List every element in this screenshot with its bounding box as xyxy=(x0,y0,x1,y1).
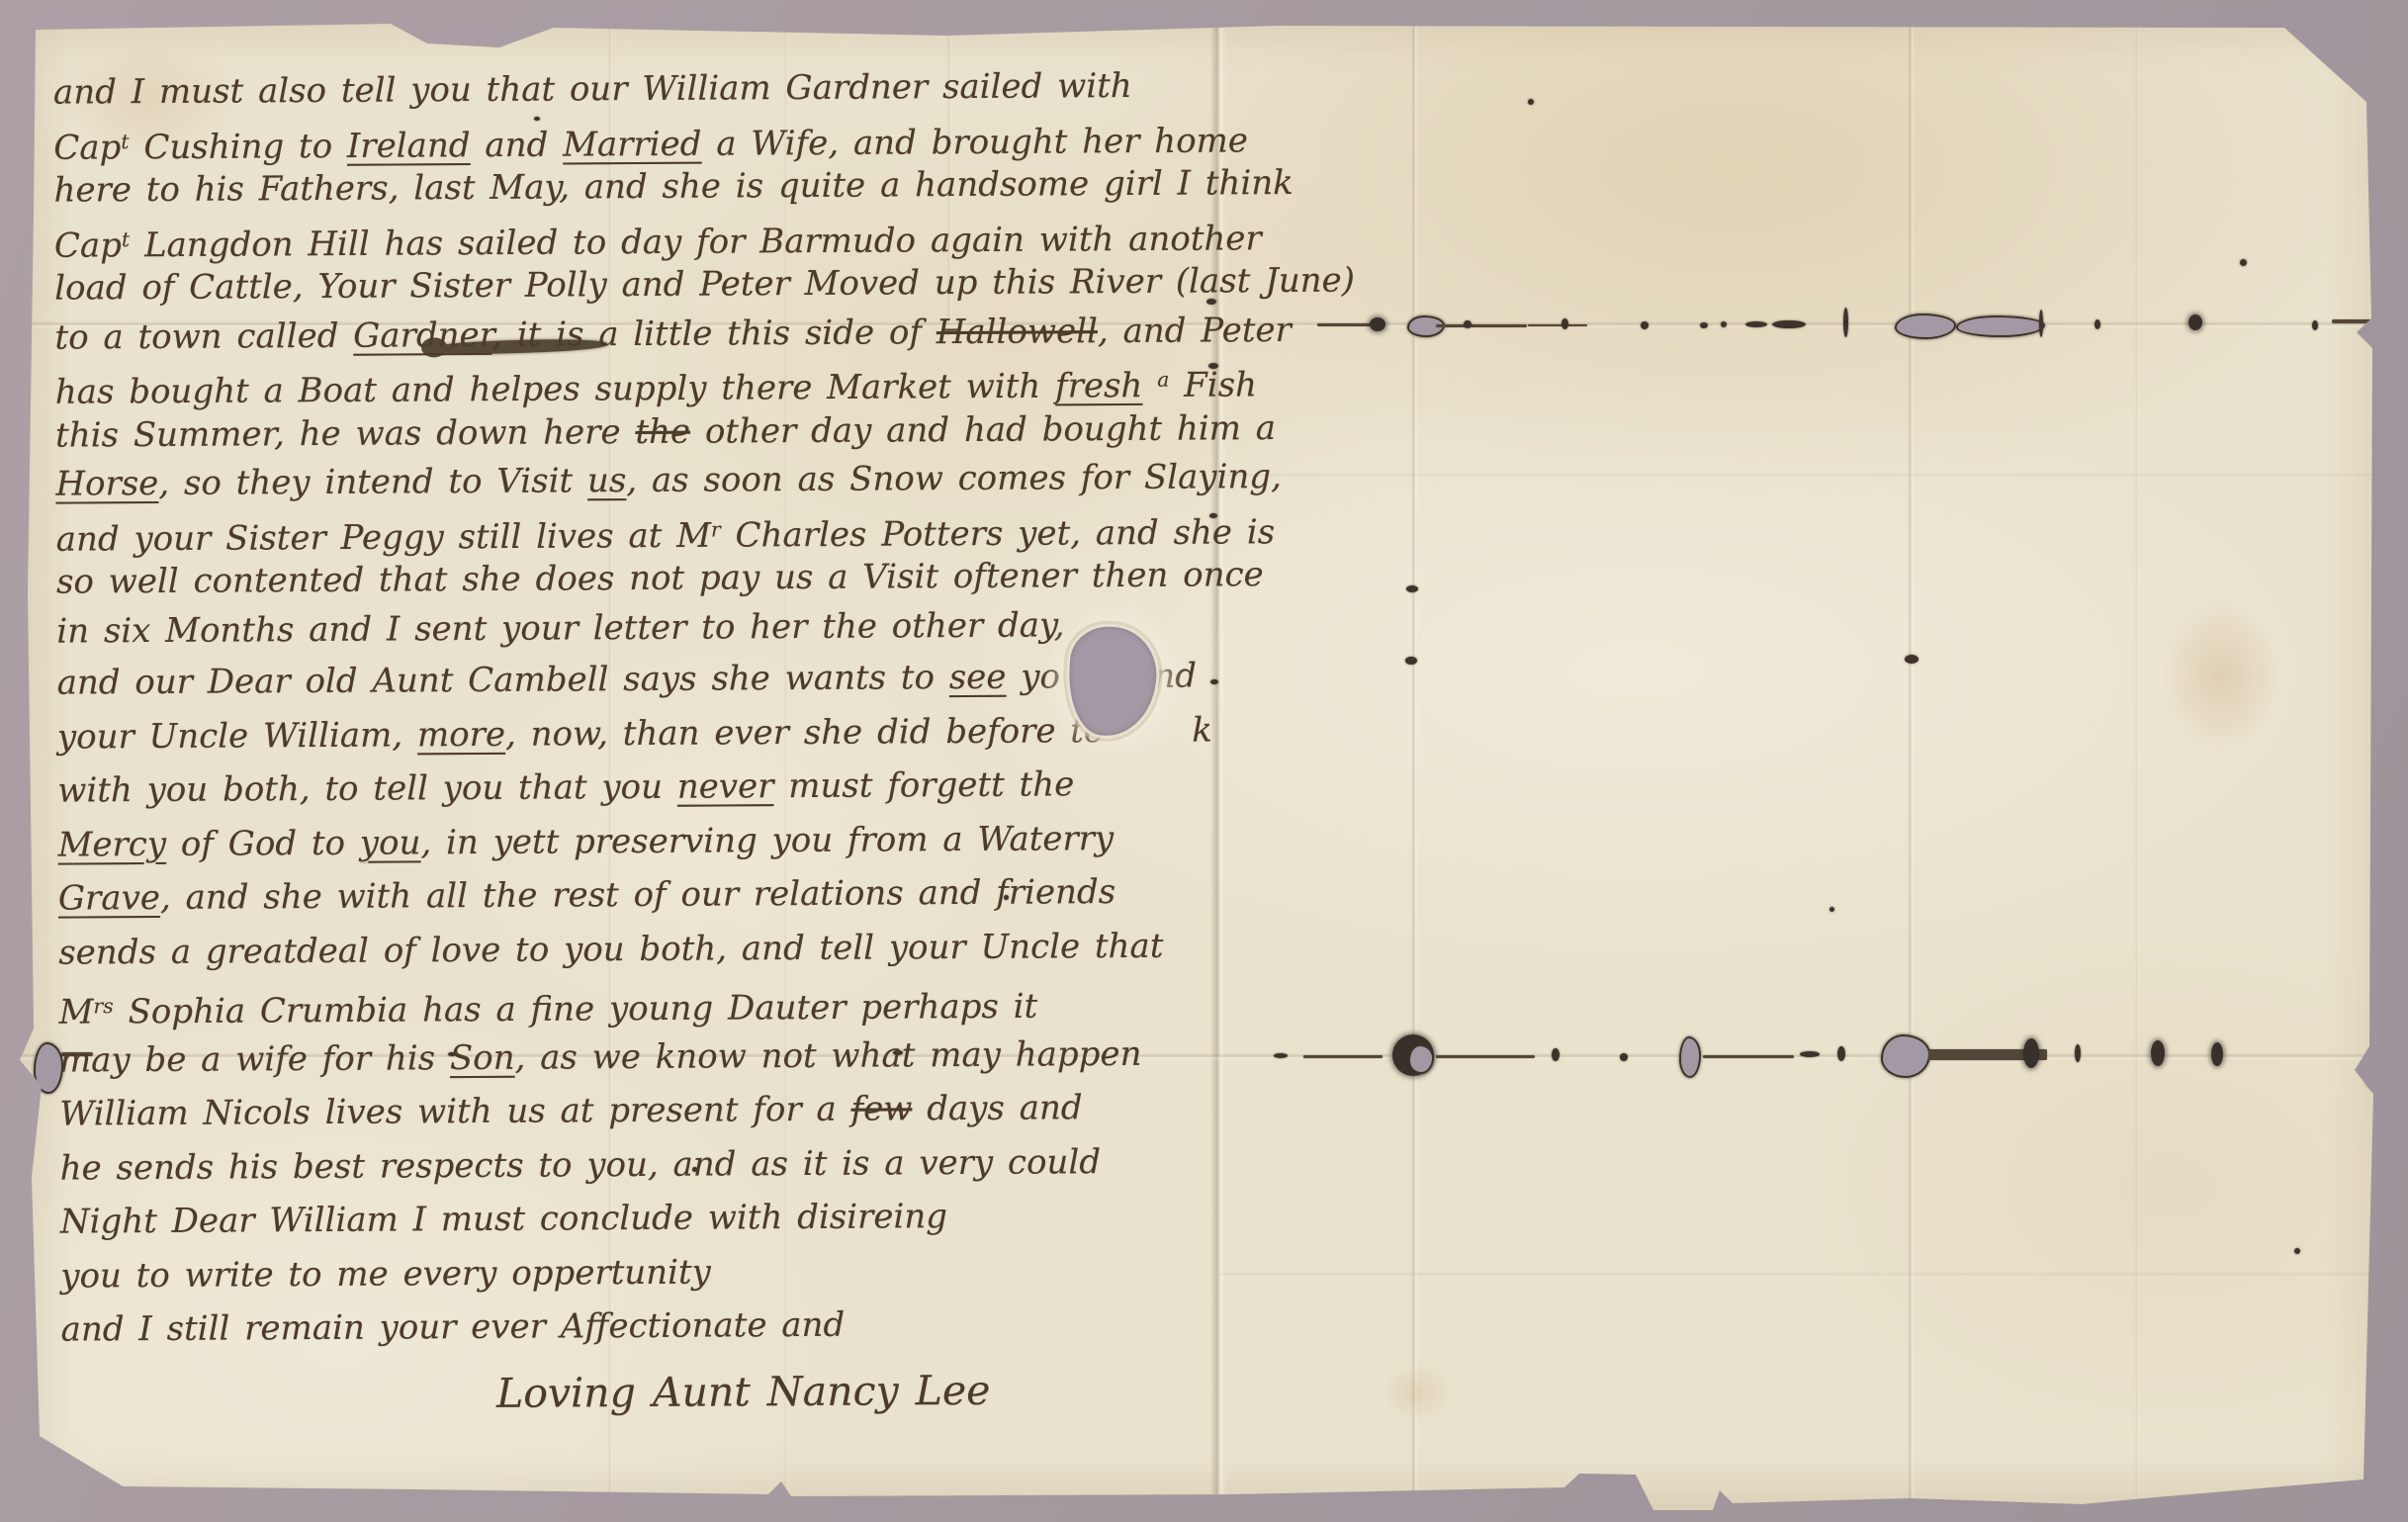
letter-text-segment: Mercy xyxy=(57,824,166,864)
paper-tear-mark xyxy=(1303,1055,1382,1058)
paper-tear-mark xyxy=(1721,321,1727,327)
paper-tear-mark xyxy=(1406,585,1418,592)
paper-tear-mark xyxy=(1829,907,1834,912)
letter-lines: and I must also tell you that our Willia… xyxy=(53,61,1223,1422)
letter-text-segment: few xyxy=(850,1089,912,1128)
letter-text-segment: and I still remain your ever Affectionat… xyxy=(60,1305,845,1350)
letter-text-segment: Sophia Crumbia has a fine young Dauter p… xyxy=(114,987,1038,1032)
letter-line: this Summer, he was down here the other … xyxy=(55,404,1217,461)
letter-line: in six Months and I sent your letter to … xyxy=(56,600,1218,657)
letter-line: Mercy of God to you, in yett preserving … xyxy=(57,811,1219,872)
paper-tear-mark xyxy=(2095,319,2100,329)
letter-text-segment: of God to xyxy=(166,823,360,863)
letter-line: sends a greatdeal of love to you both, a… xyxy=(58,919,1220,980)
letter-text-segment: to a town called xyxy=(54,315,353,357)
letter-text-segment: , and Peter xyxy=(1098,310,1292,350)
letter-line: here to his Fathers, last May, and she i… xyxy=(53,159,1215,216)
letter-text-segment: M xyxy=(59,993,94,1032)
paper-tear-mark xyxy=(1620,1053,1628,1061)
paper-tear-mark xyxy=(2294,1248,2300,1254)
paper-tear-mark xyxy=(1772,320,1806,328)
fold-crease-horizontal-mid xyxy=(1218,473,2408,480)
letter-text-segment: the xyxy=(635,411,690,451)
letter-text-segment: Charles Potters yet, and she is xyxy=(721,512,1276,555)
paper-tear-mark xyxy=(1436,324,1527,327)
letter-text-segment: see xyxy=(949,658,1007,697)
paper-tear-hole xyxy=(2363,1046,2393,1092)
paper-tear-mark xyxy=(1905,655,1918,664)
letter-text-segment: you xyxy=(360,823,421,862)
letter-text-segment: never xyxy=(677,766,774,807)
letter-line: Capt Cushing to Ireland and Married a Wi… xyxy=(53,111,1215,167)
letter-line: Night Dear William I must conclude with … xyxy=(60,1188,1222,1249)
letter-text-segment: and our Dear old Aunt Cambell says she w… xyxy=(57,658,949,703)
letter-text-segment: must forgett the xyxy=(773,764,1074,806)
paper-tear-mark xyxy=(1370,317,1385,331)
paper-tear-mark xyxy=(2039,310,2043,337)
letter-text-segment: sends a greatdeal of love to you both, a… xyxy=(58,926,1163,972)
letter-text-segment: us xyxy=(587,461,627,500)
letter-text-segment: and I must also tell you that our Willia… xyxy=(53,66,1132,113)
letter-text-segment: other day and had bought him a xyxy=(690,408,1276,452)
letter-text-segment: , in yett preserving you from a Waterry xyxy=(420,819,1114,862)
letter-text-segment: you to write to me every oppertunity xyxy=(60,1252,711,1296)
letter-text-segment: Hallowell xyxy=(936,312,1098,352)
rust-stain xyxy=(2161,601,2279,750)
letter-text-segment: load of Cattle, Your Sister Polly and Pe… xyxy=(54,261,1355,309)
signature-line: Loving Aunt Nancy Lee xyxy=(496,1362,1223,1420)
letter-text-segment: so well contented that she does not pay … xyxy=(56,555,1264,601)
letter-text-segment xyxy=(1142,366,1157,405)
letter-text-segment: fresh xyxy=(1055,366,1143,406)
paper-tear-mark xyxy=(1274,1053,1288,1058)
paper-tear-mark xyxy=(2151,1040,2165,1066)
paper-tear-mark xyxy=(2312,320,2318,330)
paper-tear-mark xyxy=(2211,1042,2223,1066)
letter-text-segment: Grave xyxy=(58,878,160,919)
letter-text-segment: in six Months and I sent your letter to … xyxy=(56,605,1064,651)
letter-text-segment: rs xyxy=(93,994,113,1018)
paper-tear-mark xyxy=(1837,1046,1845,1061)
letter-text-segment: Cap xyxy=(54,225,122,265)
letter-text-segment: , as soon as Snow comes for Slaying, xyxy=(626,457,1282,500)
letter-line: Grave, and she with all the rest of our … xyxy=(58,864,1220,926)
letter-line: has bought a Boat and helpes supply ther… xyxy=(55,355,1217,411)
paper-tear-mark xyxy=(2240,259,2247,266)
paper-tear-mark xyxy=(1700,322,1708,328)
paper-tear-mark xyxy=(1800,1051,1820,1057)
letter-text-segment: Married xyxy=(563,124,702,164)
letter-text-segment: Horse xyxy=(55,464,158,504)
fold-crease-vertical-right3 xyxy=(2134,0,2141,1522)
letter-line: you to write to me every oppertunity xyxy=(60,1242,1222,1303)
letter-text-segment: Cushing to xyxy=(129,126,347,166)
letter-text-segment: , it is a little this side of xyxy=(491,313,936,355)
paper-tear-mark xyxy=(1641,321,1649,329)
letter-line: to a town called Gardner, it is a little… xyxy=(54,307,1216,363)
letter-line: and your Sister Peggy still lives at Mr … xyxy=(56,502,1218,559)
paper-tear-mark xyxy=(1843,308,1848,337)
paper-tear-mark xyxy=(1405,657,1417,665)
paper-sheet: and I must also tell you that our Willia… xyxy=(0,0,2408,1522)
letter-line: and I must also tell you that our Willia… xyxy=(53,61,1215,118)
letter-text-segment: Fish xyxy=(1169,365,1257,405)
paper-tear-mark xyxy=(2332,319,2371,323)
letter-text-segment: Gardner xyxy=(353,314,491,355)
letter-text-segment: Ireland xyxy=(347,126,471,166)
letter-text-segment: he sends his best respects to you, and a… xyxy=(59,1142,1101,1188)
letter-text-segment: here to his Fathers, last May, and she i… xyxy=(53,163,1293,211)
letter-text-segment: may be a wife for his xyxy=(59,1038,450,1080)
letter-line: he sends his best respects to you, and a… xyxy=(59,1134,1221,1196)
letter-text-segment: and your Sister Peggy still lives at M xyxy=(56,515,712,559)
paper-tear-mark xyxy=(2075,1044,2081,1062)
letter-text-segment: more xyxy=(417,714,505,755)
paper-tear-mark xyxy=(1464,320,1472,328)
letter-line: Mrs Sophia Crumbia has a fine young Daut… xyxy=(58,972,1220,1033)
letter-line: and I still remain your ever Affectionat… xyxy=(60,1296,1222,1357)
foxing-stain xyxy=(1382,1363,1452,1422)
letter-text-segment: Son xyxy=(450,1037,515,1077)
letter-text-segment: with you both, to tell you that you xyxy=(57,767,677,811)
letter-text-segment: , as we know not what may happen xyxy=(514,1033,1141,1077)
fold-crease-horizontal-bottom xyxy=(1218,1272,2408,1279)
letter-text-segment: has bought a Boat and helpes supply ther… xyxy=(55,367,1055,412)
letter-text-segment: your Uncle William, xyxy=(57,715,417,757)
paper-tear-mark xyxy=(1436,1055,1535,1058)
letter-text-segment: r xyxy=(711,517,721,541)
letter-text-segment: this Summer, he was down here xyxy=(55,412,636,456)
paper-tear-mark xyxy=(1317,323,1377,326)
letter-line: Capt Langdon Hill has sailed to day for … xyxy=(54,209,1216,265)
paper-tear-mark xyxy=(1528,99,1534,105)
paper-tear-mark xyxy=(1528,324,1587,326)
letter-text-segment: days and xyxy=(912,1088,1082,1128)
letter-line: so well contented that she does not pay … xyxy=(56,551,1218,607)
paper-tear-mark xyxy=(2023,1038,2039,1068)
scanned-letter-page: and I must also tell you that our Willia… xyxy=(0,0,2408,1522)
letter-text-segment: William Nicols lives with us at present … xyxy=(59,1090,851,1134)
paper-tear-mark xyxy=(1552,1048,1560,1061)
letter-line: Horse, so they intend to Visit us, as so… xyxy=(55,453,1217,509)
letter-text-segment: , and she with all the rest of our relat… xyxy=(160,872,1115,918)
letter-text-segment: a Wife, and brought her home xyxy=(701,121,1248,163)
letter-text-segment: Cap xyxy=(53,128,121,167)
letter-text-segment: , so they intend to Visit xyxy=(158,461,587,503)
letter-line: William Nicols lives with us at present … xyxy=(59,1080,1221,1141)
letter-line: with you both, to tell you that you neve… xyxy=(57,757,1219,818)
letter-text-segment: Loving Aunt Nancy Lee xyxy=(496,1366,991,1416)
fold-crease-vertical-right2 xyxy=(1908,0,1915,1522)
letter-text-segment: , now, than ever she did before to xyxy=(505,711,1105,755)
paper-tear-mark xyxy=(1703,1055,1794,1058)
letter-text-segment: a xyxy=(1157,368,1169,392)
paper-tear-mark xyxy=(1745,321,1767,327)
letter-text-segment: and xyxy=(470,125,563,165)
paper-tear-mark xyxy=(2188,314,2202,330)
letter-line: may be a wife for his Son, as we know no… xyxy=(59,1027,1221,1088)
paper-tear-mark xyxy=(1561,318,1568,329)
letter-text-segment: Night Dear William I must conclude with … xyxy=(60,1197,947,1241)
letter-line: load of Cattle, Your Sister Polly and Pe… xyxy=(54,257,1216,313)
fold-crease-vertical-right1 xyxy=(1411,0,1418,1522)
letter-text: and I must also tell you that our Willia… xyxy=(53,61,1223,1422)
